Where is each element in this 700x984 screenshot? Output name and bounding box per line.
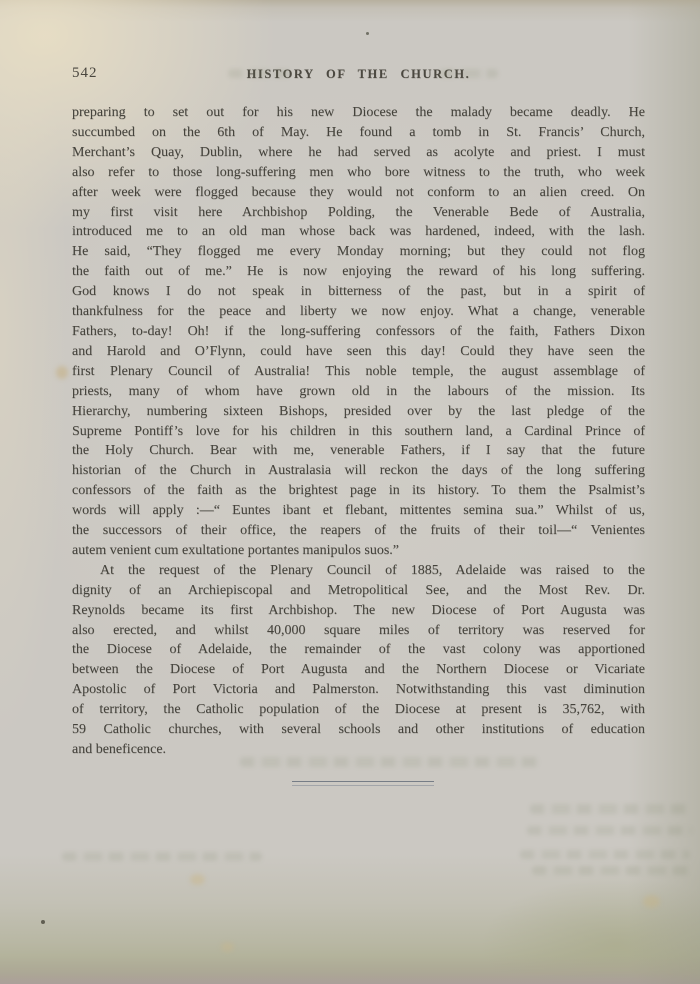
text-line: Hierarchy, numbering sixteen Bishops, pr… (72, 402, 645, 422)
text-line: my first visit here Archbishop Polding, … (72, 203, 645, 223)
text-line: also refer to those long-suffering men w… (72, 163, 645, 183)
text-line: Apostolic of Port Victoria and Palmersto… (72, 680, 645, 700)
text-line: 59 Catholic churches, with several schoo… (72, 720, 645, 740)
bleedthrough-artifact (62, 852, 262, 861)
text-line: words will apply :—“ Euntes ibant et fle… (72, 501, 645, 521)
bleedthrough-artifact (530, 804, 688, 814)
text-line: At the request of the Plenary Council of… (72, 561, 645, 581)
ink-speck (366, 32, 369, 35)
text-line: Supreme Pontiff’s love for his children … (72, 422, 645, 442)
page-header: 542 HISTORY OF THE CHURCH. (72, 63, 645, 85)
text-line: first Plenary Council of Australia! This… (72, 362, 645, 382)
fox-stain (221, 942, 234, 952)
text-line: the successors of their office, the reap… (72, 521, 645, 541)
bleedthrough-artifact (527, 826, 692, 835)
bleedthrough-artifact (228, 69, 290, 78)
bleedthrough-artifact (240, 757, 540, 767)
text-line: thankfulness for the peace and liberty w… (72, 302, 645, 322)
bleedthrough-artifact (532, 866, 690, 875)
text-line: Reynolds became its first Archbishop. Th… (72, 601, 645, 621)
text-line: priests, many of whom have grown old in … (72, 382, 645, 402)
text-line: also erected, and whilst 40,000 square m… (72, 621, 645, 641)
bleedthrough-artifact (440, 69, 498, 78)
scanned-book-page: 542 HISTORY OF THE CHURCH. preparing to … (0, 0, 700, 984)
page-body: preparing to set out for his new Diocese… (72, 103, 645, 760)
text-line: historian of the Church in Australasia w… (72, 461, 645, 481)
text-line: Fathers, to-day! Oh! if the long-sufferi… (72, 322, 645, 342)
text-line: Merchant’s Quay, Dublin, where he had se… (72, 143, 645, 163)
text-line: after week were flogged because they wou… (72, 183, 645, 203)
paragraph: At the request of the Plenary Council of… (72, 561, 645, 760)
text-line: succumbed on the 6th of May. He found a … (72, 123, 645, 143)
fox-stain (56, 366, 68, 379)
text-line: God knows I do not speak in bitterness o… (72, 282, 645, 302)
text-line: of territory, the Catholic population of… (72, 700, 645, 720)
running-title: HISTORY OF THE CHURCH. (72, 67, 645, 82)
fox-stain (190, 874, 205, 885)
text-line: between the Diocese of Port Augusta and … (72, 660, 645, 680)
text-line: He said, “They flogged me every Monday m… (72, 242, 645, 262)
text-line: introduced me to an old man whose back w… (72, 222, 645, 242)
ink-speck (41, 920, 45, 924)
paragraph: preparing to set out for his new Diocese… (72, 103, 645, 561)
text-line: dignity of an Archiepiscopal and Metropo… (72, 581, 645, 601)
fox-stain (643, 895, 660, 908)
bleedthrough-artifact (520, 850, 690, 859)
text-line: the Holy Church. Bear with me, venerable… (72, 441, 645, 461)
text-line: confessors of the faith as the brightest… (72, 481, 645, 501)
text-line: the Diocese of Adelaide, the remainder o… (72, 640, 645, 660)
text-line: autem venient cum exultatione portantes … (72, 541, 645, 561)
text-line: preparing to set out for his new Diocese… (72, 103, 645, 123)
section-divider-rule (292, 781, 434, 786)
text-line: the faith out of me.” He is now enjoying… (72, 262, 645, 282)
text-line: and Harold and O’Flynn, could have seen … (72, 342, 645, 362)
